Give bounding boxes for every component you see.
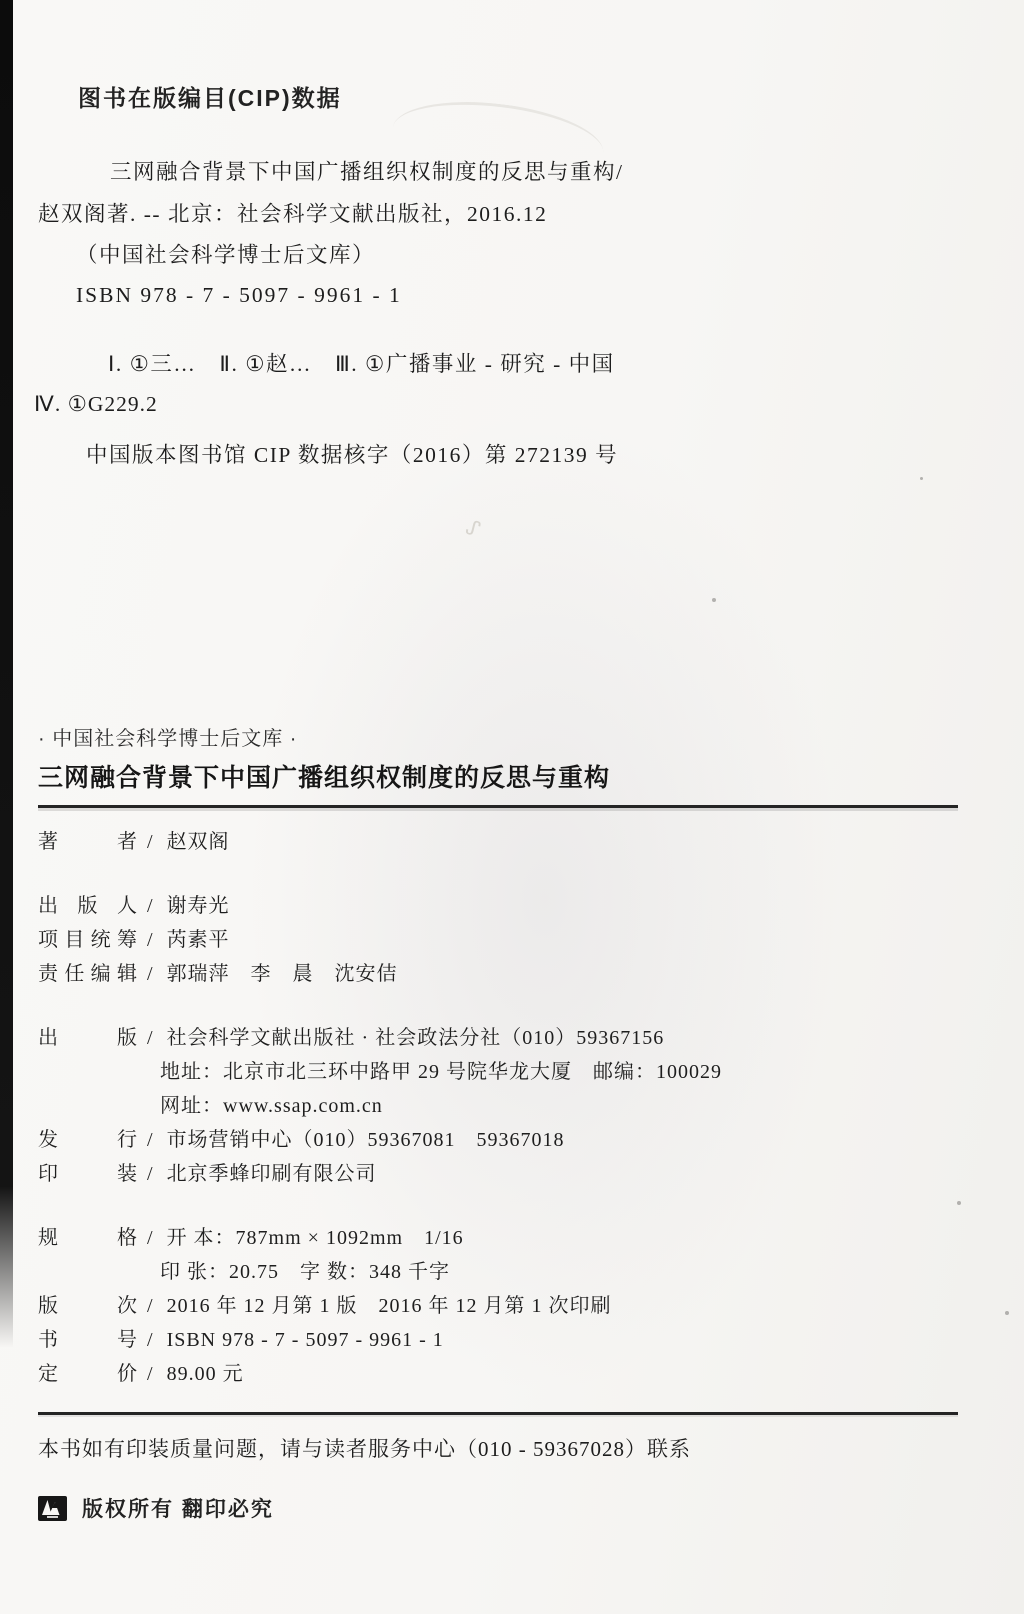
row-value: 89.00 元	[167, 1363, 244, 1385]
cip-classification-line: Ⅰ. ①三… Ⅱ. ①赵… Ⅲ. ①广播事业 - 研究 - 中国	[108, 351, 980, 378]
cip-title-line: 三网融合背景下中国广播组织权制度的反思与重构/	[110, 159, 980, 186]
colophon-row-author: 著者/赵双阁	[38, 825, 958, 859]
copyright-notice: 版权所有 翻印必究	[82, 1493, 274, 1523]
row-label: 责任编辑	[38, 957, 138, 991]
colophon-row-publisher: 出版/社会科学文献出版社 · 社会政法分社（010）59367156	[38, 1021, 958, 1055]
cip-header: 图书在版编目(CIP)数据	[78, 84, 980, 113]
row-value: 芮素平	[167, 929, 230, 951]
row-value: 郭瑞萍 李 晨 沈安佶	[167, 963, 398, 985]
row-label: 著者	[38, 825, 138, 859]
copyright-row: 版权所有 翻印必究	[38, 1493, 958, 1523]
cip-record-line: 中国版本图书馆 CIP 数据核字（2016）第 272139 号	[86, 442, 980, 469]
colophon-row-format: 规格/开 本：787mm × 1092mm 1/16	[38, 1221, 958, 1255]
colophon-row-printing: 印装/北京季蜂印刷有限公司	[38, 1157, 958, 1191]
publisher-address-line: 地址：北京市北三环中路甲 29 号院华龙大厦 邮编：100029	[160, 1055, 958, 1089]
slash-separator: /	[147, 825, 154, 859]
slash-separator: /	[147, 1221, 154, 1255]
row-value: 赵双阁	[167, 831, 230, 853]
book-copyright-page: ᔑ 图书在版编目(CIP)数据 三网融合背景下中国广播组织权制度的反思与重构/ …	[0, 0, 1024, 1614]
colophon: · 中国社会科学博士后文库 · 三网融合背景下中国广播组织权制度的反思与重构 著…	[38, 722, 958, 1523]
row-value: 谢寿光	[167, 895, 230, 917]
slash-separator: /	[147, 1357, 154, 1391]
cip-class-number-line: Ⅳ. ①G229.2	[34, 391, 980, 418]
row-value: 开 本：787mm × 1092mm 1/16	[167, 1227, 464, 1249]
scan-speck	[1005, 1311, 1009, 1315]
row-label: 发行	[38, 1123, 138, 1157]
cip-block: 图书在版编目(CIP)数据 三网融合背景下中国广播组织权制度的反思与重构/ 赵双…	[0, 84, 980, 469]
scan-curl-artifact: ᔑ	[463, 515, 483, 543]
colophon-row-distribution: 发行/市场营销中心（010）59367081 59367018	[38, 1123, 958, 1157]
series-label: · 中国社会科学博士后文库 ·	[38, 722, 958, 751]
row-label: 定价	[38, 1357, 138, 1391]
cip-author-line: 赵双阁著. -- 北京：社会科学文献出版社，2016.12	[38, 201, 980, 228]
slash-separator: /	[147, 923, 154, 957]
slash-separator: /	[147, 1021, 154, 1055]
bottom-rule	[38, 1412, 958, 1415]
slash-separator: /	[147, 1123, 154, 1157]
colophon-rows: 著者/赵双阁 出版人/谢寿光 项目统筹/芮素平 责任编辑/郭瑞萍 李 晨 沈安佶…	[38, 825, 958, 1391]
colophon-row-publisher-person: 出版人/谢寿光	[38, 889, 958, 923]
slash-separator: /	[147, 957, 154, 991]
colophon-row-edition: 版次/2016 年 12 月第 1 版 2016 年 12 月第 1 次印刷	[38, 1289, 958, 1323]
publisher-website-line: 网址：www.ssap.com.cn	[160, 1089, 958, 1123]
row-label: 版次	[38, 1289, 138, 1323]
slash-separator: /	[147, 889, 154, 923]
cip-isbn-line: ISBN 978 - 7 - 5097 - 9961 - 1	[76, 282, 980, 309]
book-title: 三网融合背景下中国广播组织权制度的反思与重构	[38, 758, 958, 794]
row-label: 规格	[38, 1221, 138, 1255]
anti-piracy-logo-icon	[38, 1496, 67, 1521]
row-value: 社会科学文献出版社 · 社会政法分社（010）59367156	[167, 1027, 665, 1049]
row-label: 出版	[38, 1021, 138, 1055]
slash-separator: /	[147, 1323, 154, 1357]
format-detail-line: 印 张：20.75 字 数：348 千字	[160, 1255, 958, 1289]
scan-speck	[920, 477, 923, 480]
cip-series-line: （中国社会科学博士后文库）	[76, 242, 980, 269]
row-label: 出版人	[38, 889, 138, 923]
scan-speck	[712, 598, 716, 602]
row-label: 书号	[38, 1323, 138, 1357]
colophon-row-price: 定价/89.00 元	[38, 1357, 958, 1391]
row-label: 印装	[38, 1157, 138, 1191]
quality-note: 本书如有印装质量问题，请与读者服务中心（010 - 59367028）联系	[38, 1432, 958, 1466]
row-value: 市场营销中心（010）59367081 59367018	[167, 1129, 565, 1151]
row-value: ISBN 978 - 7 - 5097 - 9961 - 1	[167, 1329, 444, 1351]
slash-separator: /	[147, 1289, 154, 1323]
colophon-row-isbn: 书号/ISBN 978 - 7 - 5097 - 9961 - 1	[38, 1323, 958, 1357]
row-label: 项目统筹	[38, 923, 138, 957]
colophon-row-editors: 责任编辑/郭瑞萍 李 晨 沈安佶	[38, 957, 958, 991]
row-value: 北京季蜂印刷有限公司	[167, 1163, 377, 1185]
slash-separator: /	[147, 1157, 154, 1191]
row-value: 2016 年 12 月第 1 版 2016 年 12 月第 1 次印刷	[167, 1295, 612, 1317]
colophon-row-project-coordinator: 项目统筹/芮素平	[38, 923, 958, 957]
title-rule	[38, 805, 958, 808]
